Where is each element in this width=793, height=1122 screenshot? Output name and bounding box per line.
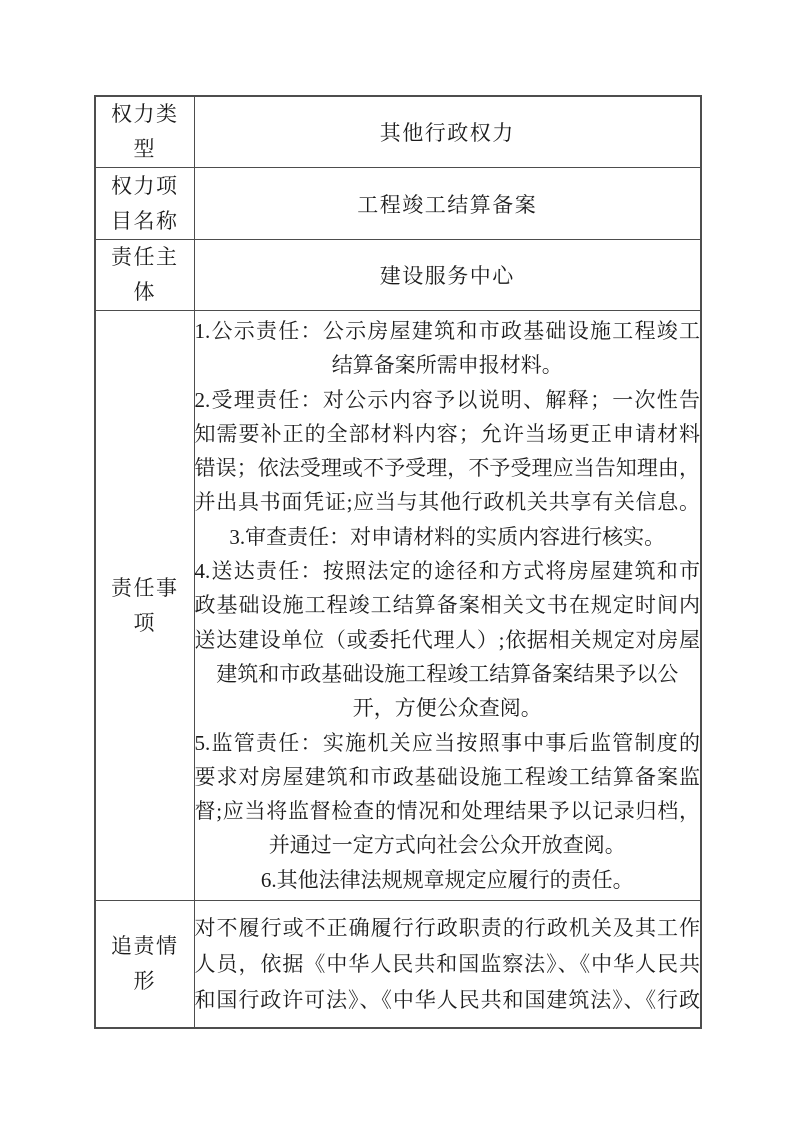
- row-value-power-type: 其他行政权力: [194, 96, 701, 168]
- row-label-line: 形: [96, 964, 194, 999]
- responsibility-table: 权力类型其他行政权力权力项目名称工程竣工结算备案责任主体建设服务中心责任事项1.…: [94, 95, 702, 1029]
- duty-item-line: 结算备案所需申报材料。: [195, 348, 701, 382]
- responsibility-table-body: 权力类型其他行政权力权力项目名称工程竣工结算备案责任主体建设服务中心责任事项1.…: [95, 96, 701, 1028]
- row-label-line: 追责情: [96, 929, 194, 964]
- table-row-power-item-name: 权力项目名称工程竣工结算备案: [95, 168, 701, 240]
- duty-item-line: 开，方便公众查阅。: [195, 691, 701, 725]
- row-label-line: 权力类: [96, 97, 194, 132]
- duty-item-line: 并通过一定方式向社会公众开放查阅。: [195, 828, 701, 862]
- duty-item-line: 知需要补正的全部材料内容；允许当场更正申请材料: [195, 417, 701, 451]
- duty-item-line: 督;应当将监督检查的情况和处理结果予以记录归档，: [195, 794, 701, 828]
- row-value-duty-items: 1.公示责任：公示房屋建筑和市政基础设施工程竣工结算备案所需申报材料。2.受理责…: [194, 311, 701, 901]
- duty-item-2: 2.受理责任：对公示内容予以说明、解释；一次性告知需要补正的全部材料内容；允许当…: [195, 383, 701, 520]
- table-row-duty-items: 责任事项1.公示责任：公示房屋建筑和市政基础设施工程竣工结算备案所需申报材料。2…: [95, 311, 701, 901]
- table-row-power-type: 权力类型其他行政权力: [95, 96, 701, 168]
- duty-item-line: 要求对房屋建筑和市政基础设施工程竣工结算备案监: [195, 760, 701, 794]
- duty-item-line: 4.送达责任：按照法定的途径和方式将房屋建筑和市: [195, 554, 701, 588]
- row-label-line: 项: [96, 606, 194, 641]
- row-label-line: 型: [96, 132, 194, 167]
- duty-item-3: 3.审查责任：对申请材料的实质内容进行核实。: [195, 520, 701, 554]
- row-label-power-item-name: 权力项目名称: [95, 168, 194, 240]
- duty-item-line: 并出具书面凭证;应当与其他行政机关共享有关信息。: [195, 485, 701, 519]
- row-value-accountability: 对不履行或不正确履行行政职责的行政机关及其工作人员，依据《中华人民共和国监察法》…: [194, 901, 701, 1029]
- row-value-power-item-name: 工程竣工结算备案: [194, 168, 701, 240]
- row-label-line: 目名称: [96, 204, 194, 239]
- row-label-power-type: 权力类型: [95, 96, 194, 168]
- accountability-line: 人员，依据《中华人民共和国监察法》、《中华人民共: [195, 946, 701, 982]
- duty-item-5: 5.监管责任：实施机关应当按照事中事后监管制度的要求对房屋建筑和市政基础设施工程…: [195, 726, 701, 863]
- row-label-line: 责任主: [96, 240, 194, 275]
- duty-item-6: 6.其他法律法规规章规定应履行的责任。: [195, 863, 701, 897]
- row-label-line: 责任事: [96, 571, 194, 606]
- document-page: 权力类型其他行政权力权力项目名称工程竣工结算备案责任主体建设服务中心责任事项1.…: [0, 0, 793, 1122]
- row-value-responsible-body: 建设服务中心: [194, 240, 701, 311]
- duty-item-line: 6.其他法律法规规章规定应履行的责任。: [195, 863, 701, 897]
- duty-item-4: 4.送达责任：按照法定的途径和方式将房屋建筑和市政基础设施工程竣工结算备案相关文…: [195, 554, 701, 725]
- accountability-line: 和国行政许可法》、《中华人民共和国建筑法》、《行政: [195, 982, 701, 1018]
- table-row-accountability: 追责情形对不履行或不正确履行行政职责的行政机关及其工作人员，依据《中华人民共和国…: [95, 901, 701, 1029]
- duty-item-line: 建筑和市政基础设施工程竣工结算备案结果予以公: [195, 657, 701, 691]
- duty-item-line: 错误；依法受理或不予受理，不予受理应当告知理由，: [195, 451, 701, 485]
- row-label-line: 体: [96, 275, 194, 310]
- row-label-line: 权力项: [96, 169, 194, 204]
- accountability-line: 对不履行或不正确履行行政职责的行政机关及其工作: [195, 910, 701, 946]
- row-label-responsible-body: 责任主体: [95, 240, 194, 311]
- table-row-responsible-body: 责任主体建设服务中心: [95, 240, 701, 311]
- duty-item-line: 送达建设单位（或委托代理人）;依据相关规定对房屋: [195, 623, 701, 657]
- duty-item-line: 1.公示责任：公示房屋建筑和市政基础设施工程竣工: [195, 314, 701, 348]
- row-label-accountability: 追责情形: [95, 901, 194, 1029]
- duty-item-line: 政基础设施工程竣工结算备案相关文书在规定时间内: [195, 588, 701, 622]
- duty-item-1: 1.公示责任：公示房屋建筑和市政基础设施工程竣工结算备案所需申报材料。: [195, 314, 701, 383]
- row-label-duty-items: 责任事项: [95, 311, 194, 901]
- duty-item-line: 2.受理责任：对公示内容予以说明、解释；一次性告: [195, 383, 701, 417]
- duty-item-line: 3.审查责任：对申请材料的实质内容进行核实。: [195, 520, 701, 554]
- duty-item-line: 5.监管责任：实施机关应当按照事中事后监管制度的: [195, 726, 701, 760]
